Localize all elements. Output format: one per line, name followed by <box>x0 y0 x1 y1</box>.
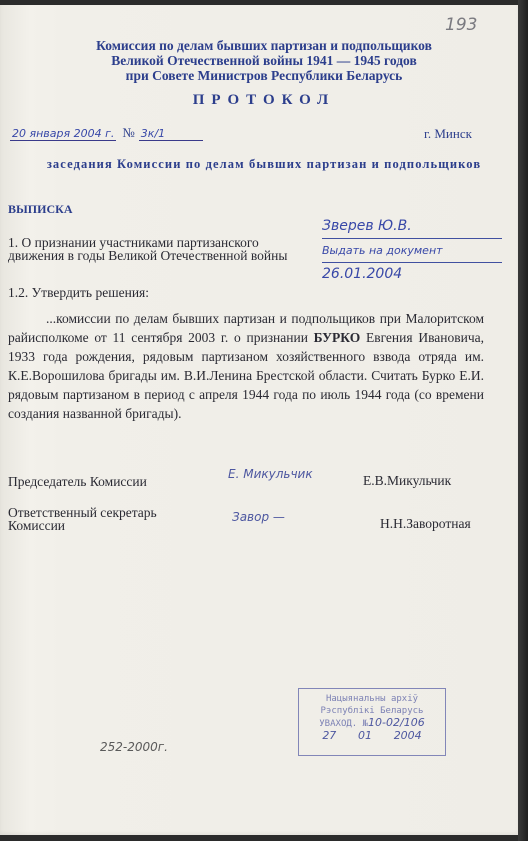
header-line-2: Великой Отечественной войны 1941 — 1945 … <box>0 53 528 68</box>
stamp-day: 27 <box>322 729 336 742</box>
agenda-item-1-2: 1.2. Утвердить решения: <box>8 285 149 301</box>
archive-stamp: Нацыянальны архіў Рэспублікі Беларусь УВ… <box>298 688 446 756</box>
secretary-title-line-2: Комиссии <box>8 519 157 532</box>
decision-surname: БУРКО <box>314 330 361 345</box>
header-line-1: Комиссия по делам бывших партизан и подп… <box>0 38 528 53</box>
secretary-signature: Завор — <box>232 510 285 524</box>
protocol-date-number: 20 января 2004 г.№3к/1 <box>10 125 203 141</box>
stamp-line-4: 27 01 2004 <box>299 730 445 743</box>
header-line-3: при Совете Министров Республики Беларусь <box>0 68 528 83</box>
commission-header: Комиссия по делам бывших партизан и подп… <box>0 38 528 83</box>
stamp-line-3: УВАХОД. №10-02/106 <box>299 717 445 730</box>
document-page: 193 Комиссия по делам бывших партизан и … <box>0 5 519 835</box>
pencil-note: 252-2000г. <box>100 740 168 754</box>
agenda-item-1-line-2: движения в годы Великой Отечественной во… <box>8 249 287 262</box>
stamp-year: 2004 <box>394 729 422 742</box>
protocol-date: 20 января 2004 г. <box>10 127 116 141</box>
stamp-incoming-number: 10-02/106 <box>368 716 425 729</box>
decision-text: ...комиссии по делам бывших партизан и п… <box>8 309 484 423</box>
document-title: ПРОТОКОЛ <box>0 92 528 109</box>
agenda-item-1: 1. О признании участниками партизанского… <box>8 236 287 262</box>
session-line: заседания Комиссии по делам бывших парти… <box>0 157 528 172</box>
scanned-document: 193 Комиссия по делам бывших партизан и … <box>0 0 528 841</box>
scan-edge <box>518 0 528 841</box>
extract-label: ВЫПИСКА <box>8 202 73 217</box>
chairman-signature: Е. Микульчик <box>228 467 313 481</box>
secretary-name: Н.Н.Заворотная <box>380 516 471 532</box>
chairman-name: Е.В.Микульчик <box>363 473 451 489</box>
resolution-line-2: Выдать на документ <box>322 239 502 263</box>
stamp-incoming-label: УВАХОД. № <box>319 719 368 729</box>
protocol-number: 3к/1 <box>139 127 203 141</box>
number-sign: № <box>122 125 134 140</box>
handwritten-resolution: Зверев Ю.В. Выдать на документ 26.01.200… <box>322 215 522 286</box>
page-number: 193 <box>445 15 477 35</box>
resolution-line-1: Зверев Ю.В. <box>322 215 502 239</box>
resolution-line-3: 26.01.2004 <box>322 266 402 282</box>
city: г. Минск <box>424 126 472 142</box>
secretary-title: Ответственный секретарь Комиссии <box>8 506 157 532</box>
chairman-title: Председатель Комиссии <box>8 475 147 488</box>
stamp-line-1: Нацыянальны архіў <box>299 693 445 705</box>
stamp-month: 01 <box>358 729 372 742</box>
